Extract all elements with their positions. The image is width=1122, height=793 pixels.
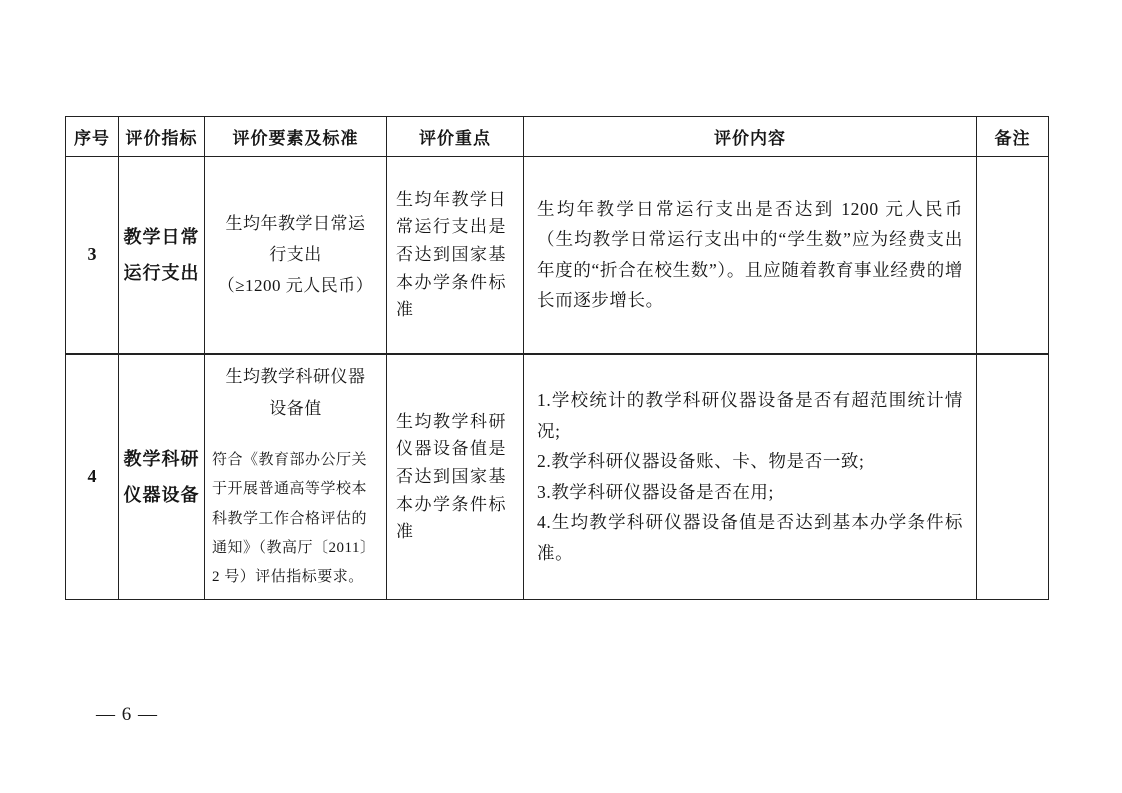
header-remark: 备注: [977, 117, 1049, 157]
row4-remark: [977, 354, 1049, 600]
page-number: — 6 —: [96, 704, 158, 726]
table-header-row: 序号 评价指标 评价要素及标准 评价重点 评价内容 备注: [66, 117, 1049, 157]
row4-elements-main: 生均教学科研仪器 设备值: [212, 361, 379, 424]
header-focus: 评价重点: [387, 117, 524, 157]
header-seq: 序号: [66, 117, 119, 157]
row3-content: 生均年教学日常运行支出是否达到 1200 元人民币（生均教学日常运行支出中的“学…: [524, 157, 977, 354]
row4-content: 1.学校统计的教学科研仪器设备是否有超范围统计情况; 2.教学科研仪器设备账、卡…: [524, 354, 977, 600]
row3-indicator: 教学日常 运行支出: [119, 157, 205, 354]
row4-focus: 生均教学科研仪器设备值是否达到国家基本办学条件标准: [387, 354, 524, 600]
table-row: 3 教学日常 运行支出 生均年教学日常运 行支出 （≥1200 元人民币） 生均…: [66, 157, 1049, 354]
row3-elements-cell: 生均年教学日常运 行支出 （≥1200 元人民币）: [205, 157, 387, 354]
header-content: 评价内容: [524, 117, 977, 157]
row3-elements-main: 生均年教学日常运 行支出 （≥1200 元人民币）: [212, 208, 379, 302]
row4-elements-note: 符合《教育部办公厅关于开展普通高等学校本科教学工作合格评估的通知》（教高厅〔20…: [212, 446, 379, 592]
row4-seq: 4: [66, 354, 119, 600]
row4-elements-cell: 生均教学科研仪器 设备值 符合《教育部办公厅关于开展普通高等学校本科教学工作合格…: [205, 354, 387, 600]
document-page: 序号 评价指标 评价要素及标准 评价重点 评价内容 备注 3 教学日常 运行支出…: [0, 0, 1122, 793]
row3-remark: [977, 157, 1049, 354]
evaluation-table: 序号 评价指标 评价要素及标准 评价重点 评价内容 备注 3 教学日常 运行支出…: [65, 116, 1049, 600]
table-row: 4 教学科研 仪器设备 生均教学科研仪器 设备值 符合《教育部办公厅关于开展普通…: [66, 354, 1049, 600]
header-elements: 评价要素及标准: [205, 117, 387, 157]
row4-indicator: 教学科研 仪器设备: [119, 354, 205, 600]
row3-focus: 生均年教学日常运行支出是否达到国家基本办学条件标准: [387, 157, 524, 354]
row3-seq: 3: [66, 157, 119, 354]
header-indicator: 评价指标: [119, 117, 205, 157]
